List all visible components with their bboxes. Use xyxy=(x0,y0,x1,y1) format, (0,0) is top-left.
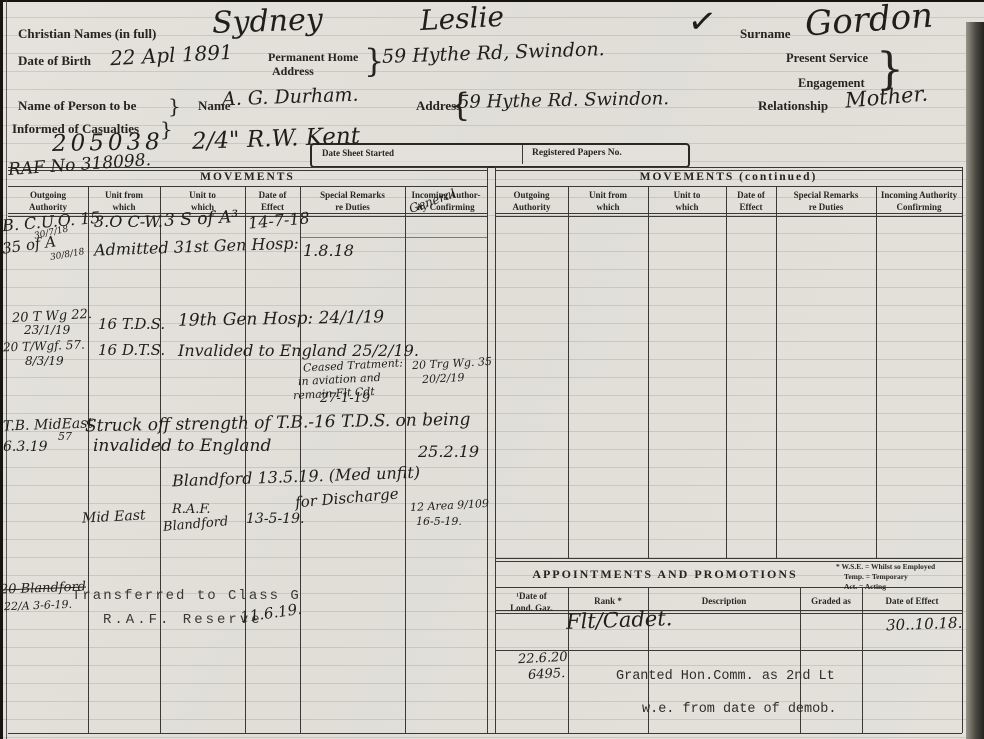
nok-label-1: Name of Person to be xyxy=(18,98,136,114)
entry-r3-outgoing-date: 23/1/19 xyxy=(24,323,70,337)
col-outgoing-authority: OutgoingAuthority xyxy=(495,190,568,213)
entry-r3-unit-from: 16 T.D.S. xyxy=(98,315,165,333)
home-address-label-1: Permanent Home xyxy=(268,50,358,65)
nok-name-value: A. G. Durham. xyxy=(222,84,359,111)
col-special-remarks: Special Remarksre Duties xyxy=(300,190,405,213)
entry-r5-outgoing-note: 57 xyxy=(58,430,72,443)
entry-r4-unit-from: 16 D.T.S. xyxy=(98,341,165,359)
col-graded-as: Graded as xyxy=(800,596,862,608)
appointment-description-1: Granted Hon.Comm. as 2nd Lt xyxy=(616,669,835,684)
entry-r4-outgoing-date: 8/3/19 xyxy=(25,354,64,368)
entry-r7-unit-to-2: Blandford xyxy=(162,514,228,535)
col-rank: Rank * xyxy=(568,596,648,608)
col-special-remarks: Special Remarksre Duties xyxy=(776,190,876,213)
entry-r8-outgoing-date: 22/A 3-6-19. xyxy=(4,598,72,613)
col-date-of-effect: Date of Effect xyxy=(862,596,962,608)
relationship-label: Relationship xyxy=(758,98,828,114)
legend-wse: * W.S.E. = Whilst so Employed xyxy=(836,562,935,572)
entry-r7-unit-to-1: R.A.F. xyxy=(172,502,211,517)
column-line xyxy=(405,186,406,733)
entry-incoming-2b: 20/2/19 xyxy=(422,371,465,386)
stamp-transferred-class-g: Transferred to Class G xyxy=(72,588,301,604)
col-unit-to: Unit towhich xyxy=(648,190,726,213)
entry-r3-text: 19th Gen Hosp: 24/1/19 xyxy=(178,307,384,331)
surname-label: Surname xyxy=(740,26,791,42)
check-mark: ✓ xyxy=(685,0,719,44)
home-address-value: 59 Hythe Rd, Swindon. xyxy=(382,38,605,68)
dob-label: Date of Birth xyxy=(18,53,91,69)
appointments-title: APPOINTMENTS AND PROMOTIONS xyxy=(495,567,835,582)
appointment-gazette-date: 22.6.20 xyxy=(518,650,568,668)
appointment-effect-date-value: 30..10.18. xyxy=(886,614,963,635)
rule xyxy=(495,186,962,187)
entry-r2-text: Admitted 31st Gen Hosp: xyxy=(94,233,299,259)
present-service-label: Present Service xyxy=(786,51,868,66)
col-unit-from: Unit fromwhich xyxy=(568,190,648,213)
entry-incoming-2a: 20 Trg Wg. 35 xyxy=(412,355,493,372)
col-date-effect: Date ofEffect xyxy=(726,190,776,213)
christian-name-middle-value: Leslie xyxy=(419,0,505,37)
entry-r2-date: 1.8.18 xyxy=(303,241,354,260)
appointment-gazette-page: 6495. xyxy=(528,666,566,683)
date-sheet-box-divider xyxy=(522,145,523,164)
column-line xyxy=(726,186,727,558)
legend-temp: Temp. = Temporary xyxy=(836,572,935,582)
entry-r6-text-2: for Discharge xyxy=(294,485,399,512)
entry-r7-incoming-1: 12 Area 9/109 xyxy=(410,497,490,514)
col-date-lond-gaz: ¹Date ofLond. Gaz. xyxy=(495,591,568,614)
entry-r5-date: 25.2.19 xyxy=(418,442,479,461)
christian-name-first-value: Sydney xyxy=(211,2,323,41)
entry-r4-outgoing: 20 T/Wgf. 57. xyxy=(3,338,85,355)
entry-date-27-1-19: 27-1-19 xyxy=(320,391,370,406)
scan-edge-left xyxy=(0,0,3,739)
entry-r5-text-1: Struck off strength of T.B.-16 T.D.S. on… xyxy=(85,410,471,437)
rule xyxy=(495,167,962,168)
dob-value: 22 Apl 1891 xyxy=(109,40,233,70)
column-line xyxy=(876,186,877,558)
home-address-label-2: Address xyxy=(272,64,314,79)
nok-address-value: 59 Hythe Rd. Swindon. xyxy=(458,88,669,113)
surname-value: Gordon xyxy=(804,0,934,44)
rule xyxy=(495,558,962,559)
table-edge-line xyxy=(495,167,496,733)
stamp-raf-reserve: R.A.F. Reserve xyxy=(103,612,263,628)
column-line xyxy=(160,186,161,733)
entry-r5-outgoing-date: 6.3.19 xyxy=(3,439,48,455)
entry-r1-unit-to: 3 S of A³ xyxy=(164,207,239,231)
column-line xyxy=(862,587,863,733)
rule xyxy=(8,186,487,187)
column-line xyxy=(245,186,246,733)
column-line xyxy=(568,186,569,558)
entry-r5-text-2: invalided to England xyxy=(93,436,271,456)
form-left-border xyxy=(6,0,7,739)
rule xyxy=(8,733,962,734)
column-line xyxy=(776,186,777,558)
legend-act: Act. = Acting xyxy=(836,582,935,592)
appointment-description-2: w.e. from date of demob. xyxy=(642,702,836,717)
appointments-legend: * W.S.E. = Whilst so Employed Temp. = Te… xyxy=(836,562,935,592)
table-edge-line xyxy=(962,167,963,733)
entry-r7-incoming-2: 16-5-19. xyxy=(416,515,462,528)
entry-r7-date: 13-5-19. xyxy=(246,511,304,527)
table-edge-line xyxy=(487,167,488,733)
entry-r1-unit-from: 3.O C-W. xyxy=(94,212,163,231)
movements-continued-title: MOVEMENTS (continued) xyxy=(495,171,962,183)
appointment-rank-value: Flt/Cadet. xyxy=(566,606,673,634)
column-line xyxy=(300,186,301,733)
christian-names-label: Christian Names (in full) xyxy=(18,26,156,42)
col-incoming-authority: Incoming AuthorityConfirming xyxy=(876,190,962,213)
nok-brace-1: } xyxy=(168,94,181,118)
entry-r5-outgoing: T.B. MidEast xyxy=(3,415,94,434)
scan-edge-right xyxy=(966,22,984,739)
column-line xyxy=(88,186,89,733)
rule xyxy=(495,216,962,217)
registered-papers-label: Registered Papers No. xyxy=(532,148,622,158)
record-card: Christian Names (in full) Surname Date o… xyxy=(0,0,984,739)
rule xyxy=(300,237,487,238)
column-line xyxy=(648,186,649,558)
entry-r7-unit-from: Mid East xyxy=(82,507,146,526)
